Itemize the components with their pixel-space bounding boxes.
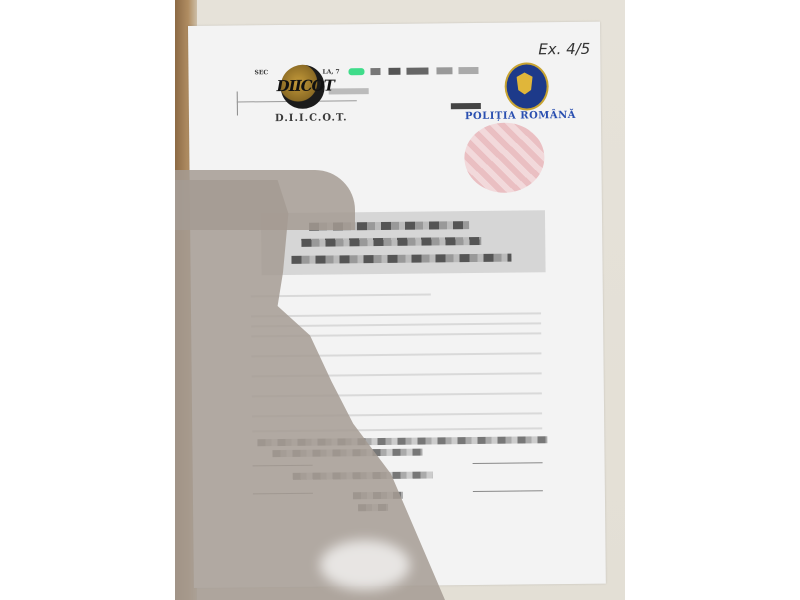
signature-rule xyxy=(473,490,543,492)
light-reflection xyxy=(320,540,410,590)
diicot-label: D.I.I.C.O.T. xyxy=(275,112,348,124)
redaction-mark xyxy=(451,103,481,109)
diicot-logo-text: DIICOT xyxy=(277,76,334,95)
signature-rule xyxy=(473,462,543,464)
redaction-mark xyxy=(348,68,364,75)
header-fragment-mid: LA, 7 xyxy=(322,68,339,75)
redacted-title-line xyxy=(291,254,511,264)
margin-mark xyxy=(237,91,238,115)
header-fragment-left: SEC xyxy=(254,69,268,76)
redaction-mark xyxy=(406,67,428,74)
redaction-mark xyxy=(458,67,478,74)
body-text-line xyxy=(251,312,541,317)
handwritten-copy-number: Ex. 4/5 xyxy=(538,40,590,59)
police-label: POLIȚIA ROMÂNĂ xyxy=(465,110,576,122)
redaction-mark xyxy=(329,88,369,94)
redacted-title-line xyxy=(301,237,481,247)
redaction-mark xyxy=(370,68,380,75)
redaction-mark xyxy=(436,67,452,74)
document-photo: SEC LA, 7 DIICOT D.I.I.C.O.T. POLIȚIA RO… xyxy=(175,0,625,600)
redaction-mark xyxy=(388,68,400,75)
redacted-stamp xyxy=(464,122,545,193)
